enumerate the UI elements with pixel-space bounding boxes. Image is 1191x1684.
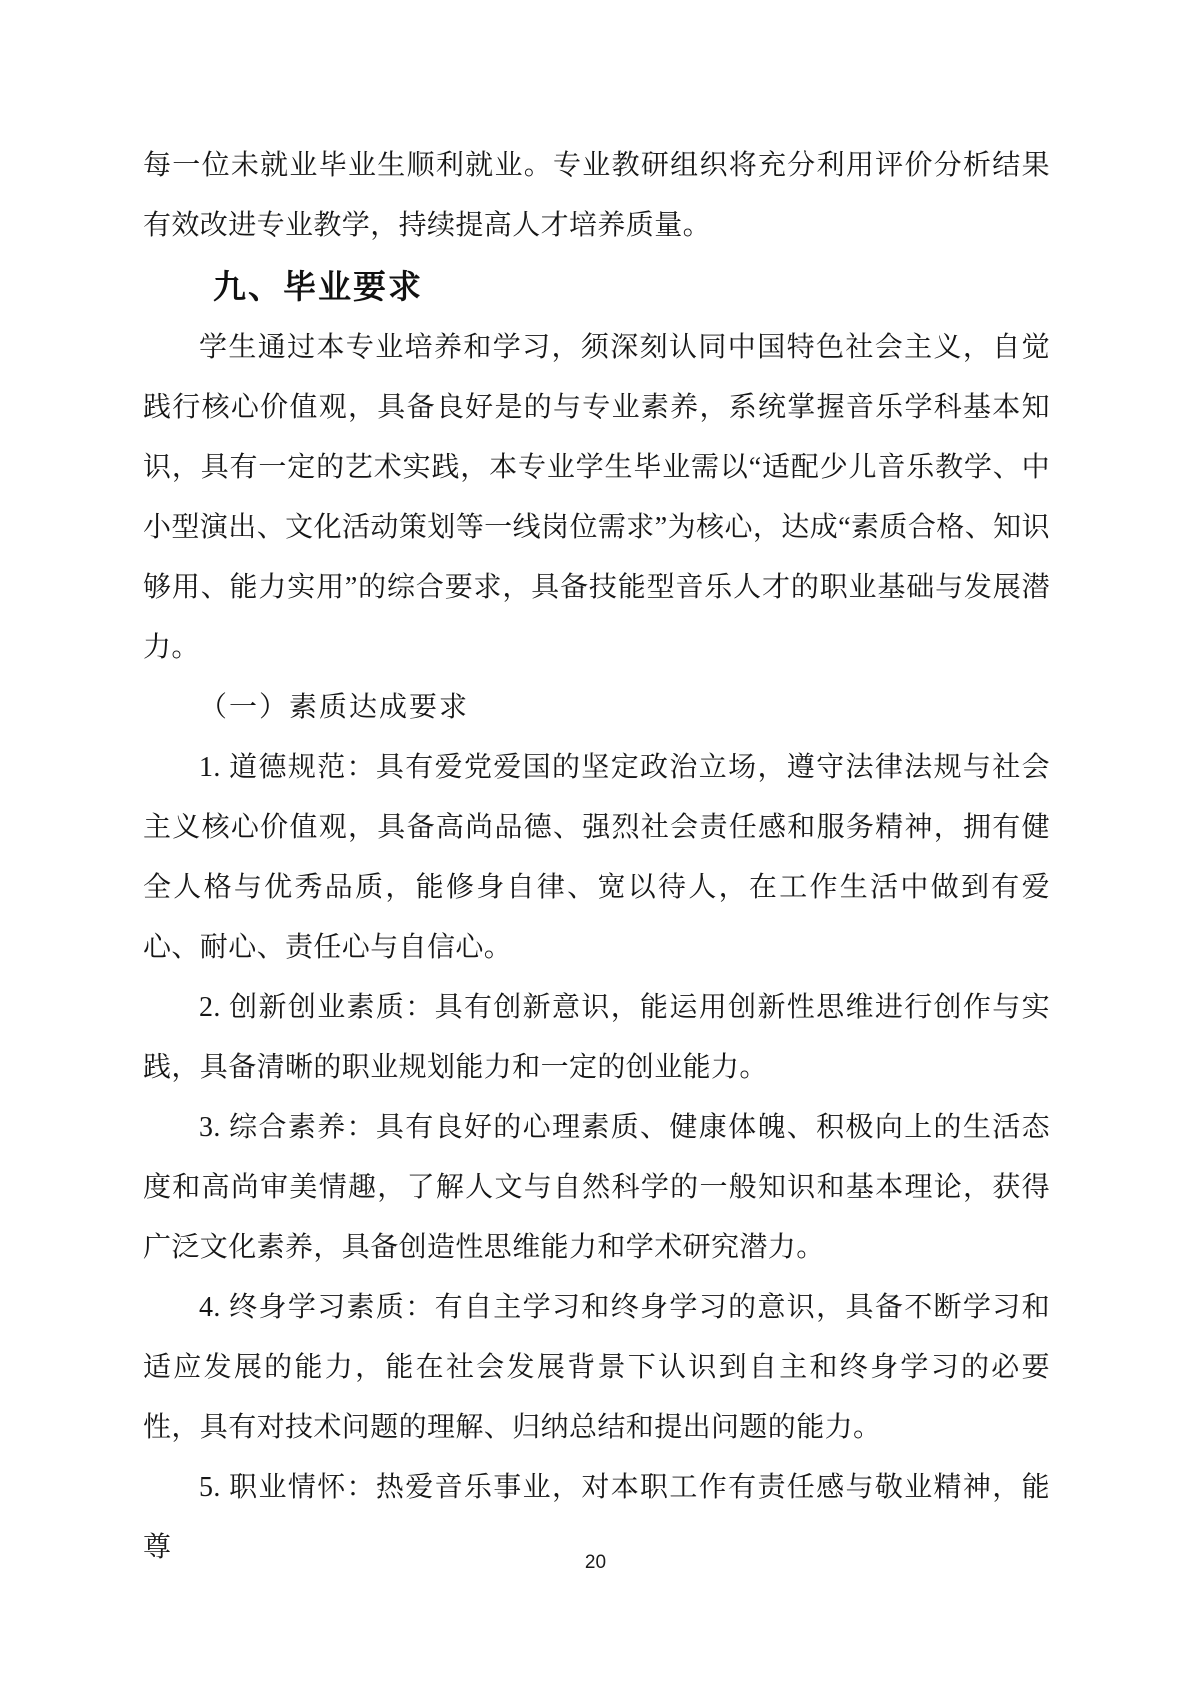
section-heading-graduation-requirements: 九、毕业要求: [143, 256, 1050, 318]
requirement-item-1-moral-standards: 1. 道德规范：具有爱党爱国的坚定政治立场，遵守法律法规与社会主义核心价值观，具…: [143, 738, 1050, 978]
document-page: 每一位未就业毕业生顺利就业。专业教研组织将充分利用评价分析结果有效改进专业教学，…: [0, 0, 1191, 1684]
requirement-item-2-innovation: 2. 创新创业素质：具有创新意识，能运用创新性思维进行创作与实践，具备清晰的职业…: [143, 978, 1050, 1098]
paragraph-graduation-overview: 学生通过本专业培养和学习，须深刻认同中国特色社会主义，自觉践行核心价值观，具备良…: [143, 318, 1050, 678]
requirement-item-4-lifelong-learning: 4. 终身学习素质：有自主学习和终身学习的意识，具备不断学习和适应发展的能力，能…: [143, 1278, 1050, 1458]
subsection-heading-quality-requirements: （一）素质达成要求: [143, 678, 1050, 738]
paragraph-previous-page-tail: 每一位未就业毕业生顺利就业。专业教研组织将充分利用评价分析结果有效改进专业教学，…: [143, 136, 1050, 256]
document-body: 每一位未就业毕业生顺利就业。专业教研组织将充分利用评价分析结果有效改进专业教学，…: [143, 136, 1050, 1578]
page-number: 20: [0, 1552, 1191, 1574]
requirement-item-3-comprehensive-quality: 3. 综合素养：具有良好的心理素质、健康体魄、积极向上的生活态度和高尚审美情趣，…: [143, 1098, 1050, 1278]
